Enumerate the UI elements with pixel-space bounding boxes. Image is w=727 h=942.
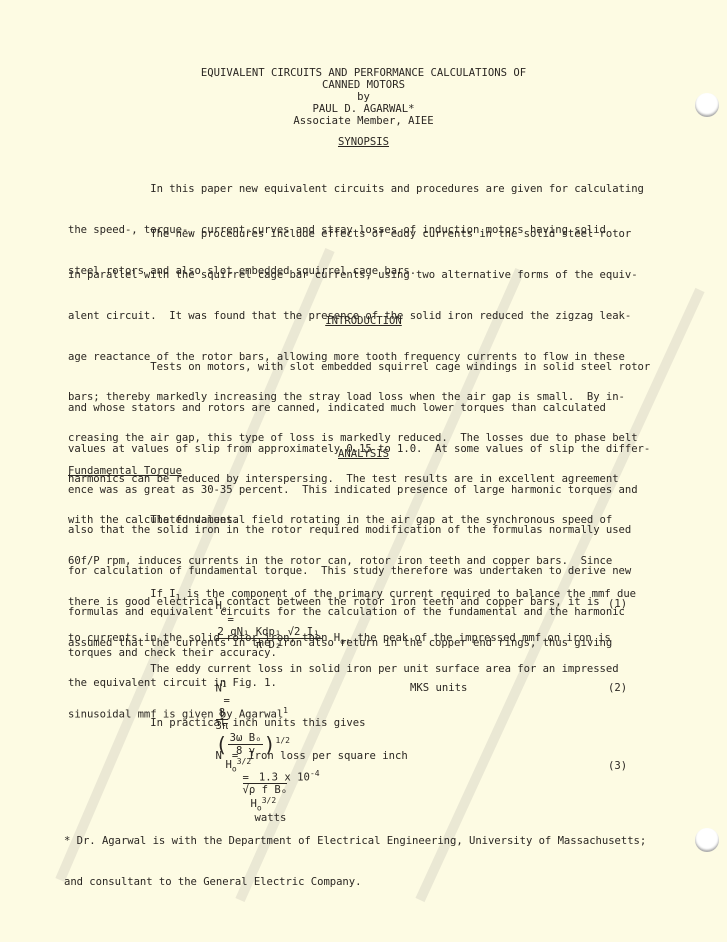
punch-hole: [695, 828, 719, 852]
text-line: in parallel with the squirrel cage bar c…: [68, 269, 638, 283]
byline: by: [0, 91, 727, 104]
text-line: The fundamental field rotating in the ai…: [68, 514, 612, 528]
analysis-paragraph-4: In practical inch units this gives: [68, 717, 365, 731]
author: PAUL D. AGARWAL*: [0, 103, 727, 116]
text-line: * Dr. Agarwal is with the Department of …: [64, 835, 646, 849]
equation-1-number: (1): [608, 598, 627, 610]
equation-3-number: (3): [608, 760, 627, 772]
title-line-1: EQUIVALENT CIRCUITS AND PERFORMANCE CALC…: [0, 67, 727, 80]
fundamental-torque-subheading: Fundamental Torque: [68, 465, 182, 479]
title-line-2: CANNED MOTORS: [0, 79, 727, 92]
footnote: * Dr. Agarwal is with the Department of …: [64, 808, 646, 917]
analysis-paragraph-3: The eddy current loss in solid iron per …: [68, 636, 619, 749]
text-line: Tests on motors, with slot embedded squi…: [68, 361, 650, 375]
analysis-heading: ANALYSIS: [0, 448, 727, 461]
affiliation: Associate Member, AIEE: [0, 115, 727, 128]
introduction-heading: INTRODUCTION: [0, 315, 727, 328]
text-line: and consultant to the General Electric C…: [64, 876, 646, 890]
document-page: EQUIVALENT CIRCUITS AND PERFORMANCE CALC…: [0, 0, 727, 942]
synopsis-heading: SYNOPSIS: [0, 136, 727, 149]
equation-2-units: MKS units: [410, 682, 467, 694]
text-line: and whose stators and rotors are canned,…: [68, 402, 650, 416]
text-line: The new procedures include effects of ed…: [68, 228, 638, 242]
text-line: In this paper new equivalent circuits an…: [68, 183, 644, 197]
text-line: If I1 is the component of the primary cu…: [68, 588, 636, 605]
equation-2-number: (2): [608, 682, 627, 694]
text-line: The eddy current loss in solid iron per …: [68, 663, 619, 677]
